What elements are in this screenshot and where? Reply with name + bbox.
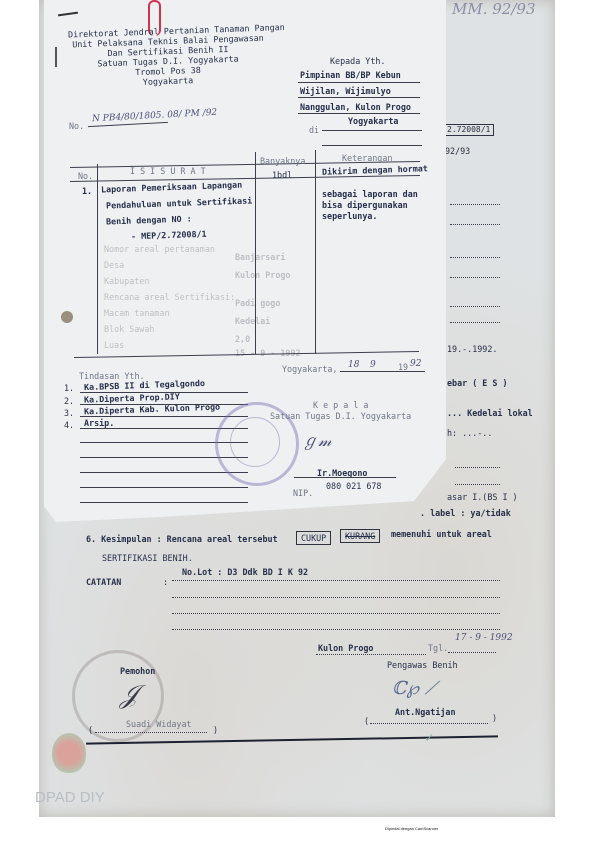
recipient-line: Wijilan, Wijimulyo bbox=[300, 86, 391, 96]
underline bbox=[80, 487, 248, 488]
underline bbox=[322, 145, 422, 146]
underline bbox=[298, 97, 420, 98]
table-header-remarks: Keterangan bbox=[342, 153, 392, 163]
staple-mark bbox=[55, 47, 57, 67]
dpad-emblem-icon bbox=[52, 733, 86, 773]
cc-item-number: 3. bbox=[64, 408, 74, 418]
h-line: h: ...-.. bbox=[447, 428, 492, 438]
dotted-field bbox=[316, 654, 426, 655]
row-quantity: 1bdl bbox=[272, 170, 292, 180]
scanner-note: Dipindai dengan CamScanner bbox=[385, 826, 438, 831]
sign-date-day: 18 bbox=[348, 360, 359, 370]
faint-label: Luas bbox=[104, 340, 235, 350]
conclusion-suffix: memenuhi untuk areal bbox=[391, 529, 492, 539]
faint-label: Kabupaten bbox=[104, 276, 235, 286]
table-col-divider bbox=[315, 150, 316, 354]
row-number: 1. bbox=[82, 186, 92, 196]
dotted-field bbox=[450, 322, 500, 323]
faint-value: 15 - 9 - 1992 bbox=[235, 348, 301, 358]
recipient-salutation: Kepada Yth. bbox=[330, 56, 385, 66]
inspector-signature: ℂ℘ ⟋ bbox=[392, 678, 437, 699]
letter-number-label: No. bbox=[69, 121, 84, 131]
punch-hole bbox=[61, 311, 73, 323]
dotted-field bbox=[450, 224, 500, 225]
dotted-field bbox=[370, 723, 488, 724]
applicant-name: Suadi Widayat bbox=[126, 719, 192, 729]
class-line: asar I.(BS I ) bbox=[447, 492, 518, 502]
dotted-field bbox=[455, 467, 500, 468]
underline bbox=[298, 113, 420, 114]
di-label: di bbox=[309, 125, 319, 135]
table-col-divider bbox=[97, 164, 98, 354]
inspector-name: Ant.Ngatijan bbox=[395, 707, 456, 717]
archive-number: MM. 92/93 bbox=[452, 0, 535, 18]
notes-value: No.Lot : D3 Ddk BD I K 92 bbox=[182, 567, 308, 577]
underline bbox=[294, 477, 396, 478]
notes-colon: : bbox=[163, 577, 168, 587]
official-stamp-inner bbox=[230, 417, 280, 467]
show-through-labels: Nomor areal pertanaman Desa Kabupaten Re… bbox=[104, 244, 235, 350]
option-cukup: CUKUP bbox=[296, 531, 331, 545]
recipient-line: Pimpinan BB/BP Kebun bbox=[300, 70, 401, 80]
back-date-line: 19.-.1992. bbox=[447, 344, 497, 354]
cc-item-number: 2. bbox=[64, 396, 74, 406]
ref-year: 92/93 bbox=[445, 146, 470, 156]
underline bbox=[80, 416, 248, 417]
ref-boxed-number: 2.72008/1 bbox=[443, 124, 494, 136]
sign-title-line2: Satuan Tugas D.I. Yogyakarta bbox=[270, 411, 411, 421]
sign-date-month: 9 bbox=[370, 360, 376, 370]
underline bbox=[340, 371, 425, 372]
dotted-field bbox=[450, 204, 500, 205]
footer-date: 17 - 9 - 1992 bbox=[455, 633, 513, 643]
show-through-values: Banjarsari Kulon Progo Padi gogo Kedelai… bbox=[235, 252, 301, 358]
dotted-field bbox=[448, 652, 496, 653]
notes-dotted-line bbox=[172, 629, 500, 630]
variety-line: ... Kedelai lokal bbox=[447, 408, 533, 418]
signature-mark: ℊ𝓂 bbox=[302, 428, 332, 451]
inspector-bracket-open: ( bbox=[364, 716, 369, 726]
dotted-field bbox=[95, 732, 207, 733]
dotted-field bbox=[455, 484, 500, 485]
faint-value: Banjarsari bbox=[235, 252, 301, 262]
recipient-city: Yogyakarta bbox=[348, 116, 398, 126]
notes-dotted-line bbox=[172, 613, 500, 614]
sign-place: Yogyakarta, bbox=[282, 364, 337, 374]
inspector-bracket-close: ) bbox=[492, 713, 497, 723]
footer-place: Kulon Progo bbox=[318, 643, 373, 653]
sign-date-year-suffix: 92 bbox=[410, 359, 421, 369]
applicant-title: Pemohon bbox=[120, 666, 155, 676]
seed-class-line: ebar ( E S ) bbox=[447, 378, 508, 388]
notes-dotted-line bbox=[172, 580, 500, 581]
watermark-text: DPAD DIY bbox=[35, 789, 105, 806]
underline bbox=[322, 130, 422, 131]
cc-item-number: 1. bbox=[64, 383, 74, 393]
footer-tgl-label: Tgl. bbox=[428, 643, 448, 653]
underline bbox=[80, 502, 248, 503]
faint-label: Nomor areal pertanaman bbox=[104, 244, 235, 254]
underline bbox=[80, 472, 248, 473]
option-kurang: KURANG bbox=[340, 529, 380, 543]
conclusion-line2: SERTIFIKASI BENIH. bbox=[102, 553, 193, 563]
applicant-signature: 𝒥 bbox=[120, 680, 138, 711]
underline bbox=[298, 82, 420, 83]
faint-value: Kedelai bbox=[235, 316, 301, 326]
conclusion-prefix: 6. Kesimpulan : Rencana areal tersebut bbox=[86, 534, 278, 544]
faint-value: 2,0 bbox=[235, 334, 301, 344]
inspector-title: Pengawas Benih bbox=[387, 660, 458, 670]
notes-dotted-line bbox=[172, 597, 500, 598]
dotted-field bbox=[450, 257, 500, 258]
applicant-bracket-close: ) bbox=[213, 725, 218, 735]
faint-label: Desa bbox=[104, 260, 235, 270]
row-remarks-line: seperlunya. bbox=[322, 211, 377, 221]
table-header-no: No. bbox=[78, 171, 93, 181]
applicant-bracket-open: ( bbox=[88, 725, 93, 735]
notes-label: CATATAN bbox=[86, 577, 121, 587]
faint-label: Blok Sawah bbox=[104, 324, 235, 334]
cc-item-number: 4. bbox=[64, 420, 74, 430]
faint-label: Macam tanaman bbox=[104, 308, 235, 318]
cc-item: Arsip. bbox=[84, 418, 114, 428]
table-header-content: I S I S U R A T bbox=[130, 166, 206, 176]
letterhead: Direktorat Jendral Pertanian Tanaman Pan… bbox=[68, 26, 268, 86]
nip-label: NIP. bbox=[293, 488, 313, 498]
label-line: . label : ya/tidak bbox=[420, 508, 511, 518]
sign-title-line1: K e p a l a bbox=[313, 400, 368, 410]
recipient-line: Nanggulan, Kulon Progo bbox=[300, 102, 411, 112]
dotted-field bbox=[450, 277, 500, 278]
dotted-field bbox=[450, 306, 500, 307]
nip-value: 080 021 678 bbox=[326, 481, 381, 491]
row-remarks-line: bisa dipergunakan bbox=[322, 200, 408, 210]
faint-label: Rencana areal Sertifikasi: bbox=[104, 292, 235, 302]
table-header-quantity: Banyaknya bbox=[260, 156, 305, 166]
row-remarks-line: sebagai laporan dan bbox=[322, 189, 418, 199]
check-mark-icon: ✓ bbox=[425, 730, 433, 746]
faint-value: Kulon Progo bbox=[235, 270, 301, 280]
faint-value: Padi gogo bbox=[235, 298, 301, 308]
